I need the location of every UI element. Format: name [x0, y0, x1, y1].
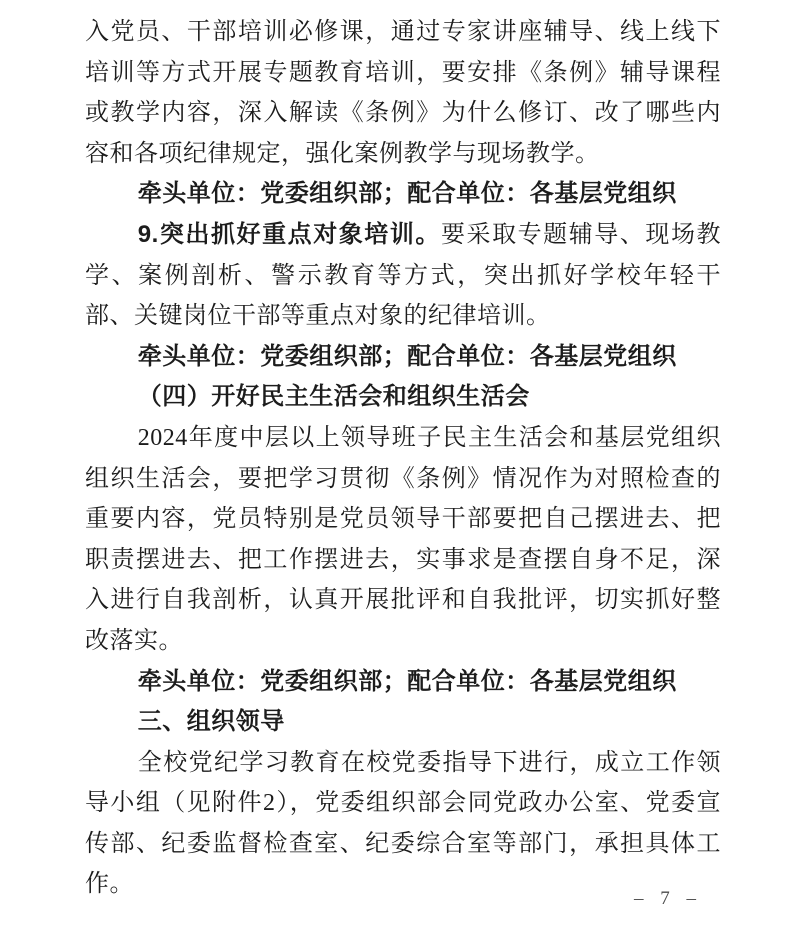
- paragraph: 牵头单位：党委组织部；配合单位：各基层党组织: [85, 662, 721, 703]
- paragraph: 牵头单位：党委组织部；配合单位：各基层党组织: [85, 174, 721, 215]
- paragraph: （四）开好民主生活会和组织生活会: [85, 377, 721, 418]
- document-body: 入党员、干部培训必修课，通过专家讲座辅导、线上线下培训等方式开展专题教育培训，要…: [85, 12, 721, 905]
- document-page: 入党员、干部培训必修课，通过专家讲座辅导、线上线下培训等方式开展专题教育培训，要…: [0, 0, 800, 931]
- paragraph: 牵头单位：党委组织部；配合单位：各基层党组织: [85, 337, 721, 378]
- bold-text-run: 牵头单位：党委组织部；配合单位：各基层党组织: [138, 343, 677, 370]
- bold-text-run: 牵头单位：党委组织部；配合单位：各基层党组织: [138, 668, 677, 695]
- bold-text-run: 9.突出抓好重点对象培训。: [138, 221, 441, 248]
- bold-text-run: （四）开好民主生活会和组织生活会: [138, 383, 530, 410]
- paragraph: 9.突出抓好重点对象培训。要采取专题辅导、现场教学、案例剖析、警示教育等方式，突…: [85, 215, 721, 337]
- bold-text-run: 三、组织领导: [138, 708, 285, 735]
- text-run: 入党员、干部培训必修课，通过专家讲座辅导、线上线下培训等方式开展专题教育培训，要…: [85, 19, 721, 167]
- paragraph: 2024年度中层以上领导班子民主生活会和基层党组织组织生活会，要把学习贯彻《条例…: [85, 418, 721, 662]
- text-run: 全校党纪学习教育在校党委指导下进行，成立工作领导小组（见附件2），党委组织部会同…: [85, 750, 721, 898]
- paragraph: 全校党纪学习教育在校党委指导下进行，成立工作领导小组（见附件2），党委组织部会同…: [85, 743, 721, 905]
- paragraph: 入党员、干部培训必修课，通过专家讲座辅导、线上线下培训等方式开展专题教育培训，要…: [85, 12, 721, 174]
- page-number: – 7 –: [634, 888, 702, 910]
- text-run: 2024年度中层以上领导班子民主生活会和基层党组织组织生活会，要把学习贯彻《条例…: [85, 425, 721, 654]
- bold-text-run: 牵头单位：党委组织部；配合单位：各基层党组织: [138, 180, 677, 207]
- paragraph: 三、组织领导: [85, 702, 721, 743]
